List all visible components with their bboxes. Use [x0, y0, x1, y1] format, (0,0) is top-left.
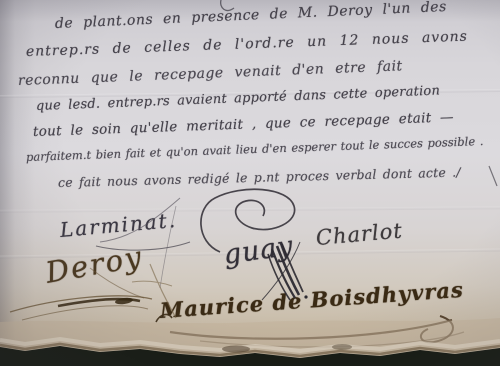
- manuscript-photo: de plant.ons en presence de M. Deroy l'u…: [0, 0, 500, 366]
- photo-vignette: [0, 0, 500, 366]
